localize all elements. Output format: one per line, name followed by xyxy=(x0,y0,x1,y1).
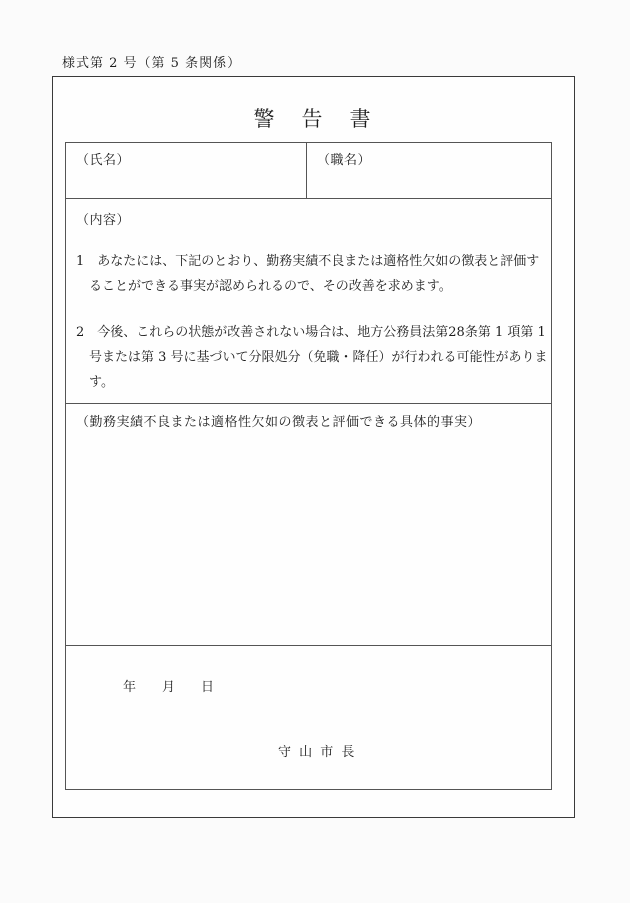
date-line: 年 月 日 xyxy=(123,676,214,695)
facts-label: （勤務実績不良または適格性欠如の徴表と評価できる具体的事実） xyxy=(76,411,541,430)
paragraph-2-line-3: す。 xyxy=(76,370,541,395)
document-frame: 警 告 書 （氏名） （職名） （内容） 1 あなたには、下記のとおり、勤務実績… xyxy=(52,76,575,818)
name-label: （氏名） xyxy=(76,153,130,168)
mayor-signature: 守 山 市 長 xyxy=(278,741,356,760)
form-number-label: 様式第 2 号（第 5 条関係） xyxy=(62,52,241,71)
name-position-row: （氏名） （職名） xyxy=(66,143,551,199)
paragraph-2-line-2: 号または第 3 号に基づいて分限処分（免職・降任）が行われる可能性がありま xyxy=(76,345,541,370)
form-table: （氏名） （職名） （内容） 1 あなたには、下記のとおり、勤務実績不良または適… xyxy=(65,142,552,790)
paragraph-1-line-2: ることができる事実が認められるので、その改善を求めます。 xyxy=(76,274,541,299)
facts-section: （勤務実績不良または適格性欠如の徴表と評価できる具体的事実） xyxy=(66,404,551,646)
paragraph-1: 1 あなたには、下記のとおり、勤務実績不良または適格性欠如の徴表と評価す ること… xyxy=(76,249,541,299)
content-label: （内容） xyxy=(76,209,541,228)
name-field-cell: （氏名） xyxy=(66,143,307,198)
position-field-cell: （職名） xyxy=(307,143,551,198)
page-title: 警 告 書 xyxy=(53,103,574,133)
paragraph-2-line-1: 2 今後、これらの状態が改善されない場合は、地方公務員法第28条第 1 項第 1 xyxy=(76,320,541,345)
document-page: 様式第 2 号（第 5 条関係） 警 告 書 （氏名） （職名） （内容） 1 … xyxy=(0,0,630,903)
position-label: （職名） xyxy=(317,153,371,168)
date-signature-section: 年 月 日 守 山 市 長 xyxy=(66,646,551,789)
content-section: （内容） 1 あなたには、下記のとおり、勤務実績不良または適格性欠如の徴表と評価… xyxy=(66,199,551,404)
paragraph-1-line-1: 1 あなたには、下記のとおり、勤務実績不良または適格性欠如の徴表と評価す xyxy=(76,249,541,274)
paragraph-2: 2 今後、これらの状態が改善されない場合は、地方公務員法第28条第 1 項第 1… xyxy=(76,320,541,395)
